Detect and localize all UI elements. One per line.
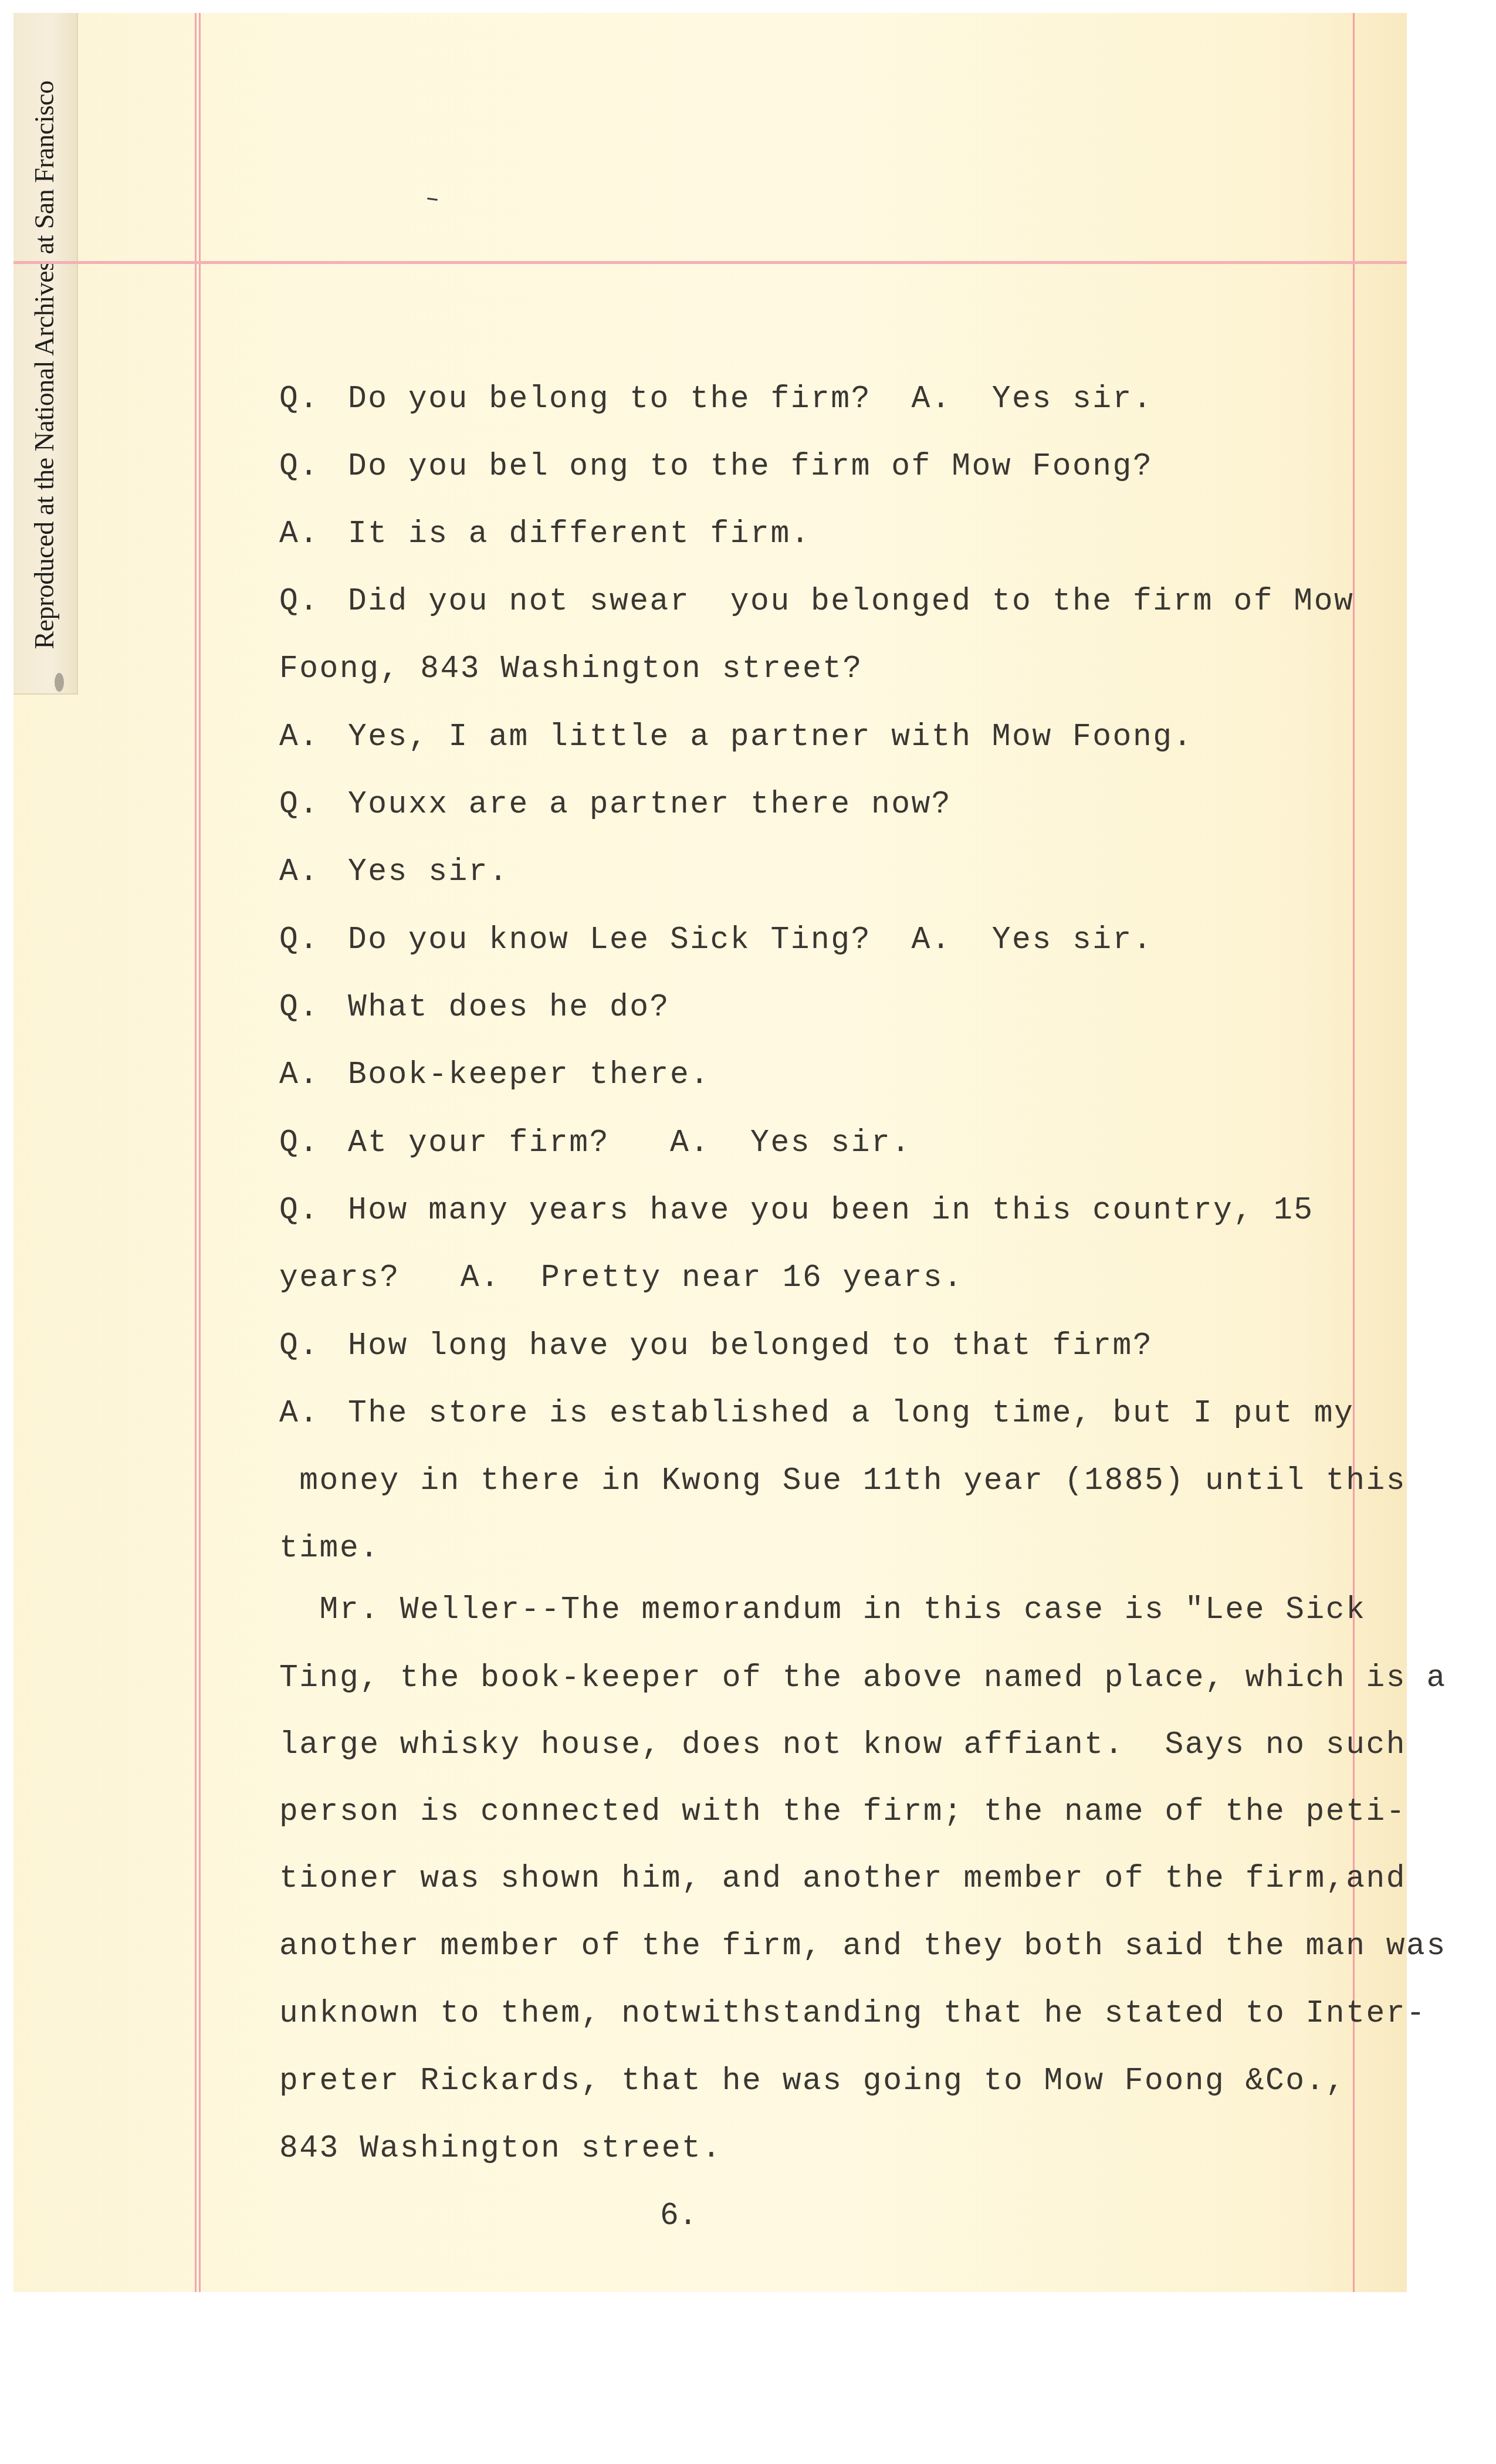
transcript-line: A.Book-keeper there. xyxy=(279,1057,710,1092)
page-number: 6. xyxy=(660,2198,698,2233)
memorandum-line: large whisky house, does not know affian… xyxy=(279,1727,1406,1762)
line-text: It is a different firm. xyxy=(348,516,811,551)
line-text: Yes sir. xyxy=(348,854,509,889)
speaker-label: Q. xyxy=(279,381,348,417)
transcript-line: Q.Youxx are a partner there now? xyxy=(279,787,952,822)
transcript-line: A.The store is established a long time, … xyxy=(279,1396,1354,1431)
line-text: Foong, 843 Washington street? xyxy=(279,651,863,686)
line-text: Do you bel ong to the firm of Mow Foong? xyxy=(348,449,1153,484)
line-text: At your firm? A. Yes sir. xyxy=(348,1125,912,1160)
transcript-body: Q.Do you belong to the firm? A. Yes sir.… xyxy=(13,13,1407,2292)
speaker-label: A. xyxy=(279,719,348,754)
document-page: Reproduced at the National Archives at S… xyxy=(13,13,1407,2292)
memorandum-line: Mr. Weller--The memorandum in this case … xyxy=(279,1592,1366,1627)
transcript-line: Q.Do you know Lee Sick Ting? A. Yes sir. xyxy=(279,922,1153,957)
line-text: Youxx are a partner there now? xyxy=(348,787,952,822)
line-text: money in there in Kwong Sue 11th year (1… xyxy=(279,1463,1406,1498)
memorandum-line: preter Rickards, that he was going to Mo… xyxy=(279,2063,1346,2099)
speaker-label: Q. xyxy=(279,787,348,822)
speaker-label: Q. xyxy=(279,1193,348,1228)
speaker-label: Q. xyxy=(279,1125,348,1160)
transcript-line: years? A. Pretty near 16 years. xyxy=(279,1260,963,1295)
line-text: Yes, I am little a partner with Mow Foon… xyxy=(348,719,1193,754)
speaker-label: Q. xyxy=(279,990,348,1025)
line-text: How many years have you been in this cou… xyxy=(348,1193,1314,1228)
transcript-line: money in there in Kwong Sue 11th year (1… xyxy=(279,1463,1406,1498)
speaker-label: Q. xyxy=(279,449,348,484)
memorandum-line: tioner was shown him, and another member… xyxy=(279,1861,1406,1896)
speaker-label: A. xyxy=(279,854,348,889)
line-text: years? A. Pretty near 16 years. xyxy=(279,1260,963,1295)
line-text: Did you not swear you belonged to the fi… xyxy=(348,584,1354,619)
memorandum-line: Ting, the book-keeper of the above named… xyxy=(279,1660,1447,1695)
memorandum-line: person is connected with the firm; the n… xyxy=(279,1794,1406,1829)
transcript-line: time. xyxy=(279,1531,380,1566)
speaker-label: A. xyxy=(279,516,348,551)
memorandum-line: unknown to them, notwithstanding that he… xyxy=(279,1996,1426,2031)
speaker-label: Q. xyxy=(279,584,348,619)
speaker-label: A. xyxy=(279,1057,348,1092)
speaker-label: A. xyxy=(279,1396,348,1431)
line-text: The store is established a long time, bu… xyxy=(348,1396,1354,1431)
transcript-line: Q.Did you not swear you belonged to the … xyxy=(279,584,1354,619)
transcript-line: Q.Do you belong to the firm? A. Yes sir. xyxy=(279,381,1153,417)
line-text: Do you know Lee Sick Ting? A. Yes sir. xyxy=(348,922,1153,957)
transcript-line: A.Yes sir. xyxy=(279,854,509,889)
line-text: time. xyxy=(279,1531,380,1566)
line-text: Book-keeper there. xyxy=(348,1057,710,1092)
transcript-line: Q.At your firm? A. Yes sir. xyxy=(279,1125,912,1160)
transcript-line: Q.What does he do? xyxy=(279,990,670,1025)
line-text: What does he do? xyxy=(348,990,670,1025)
speaker-label: Q. xyxy=(279,922,348,957)
memorandum-line: 843 Washington street. xyxy=(279,2131,722,2166)
transcript-line: A.It is a different firm. xyxy=(279,516,811,551)
memorandum-line: another member of the firm, and they bot… xyxy=(279,1928,1447,1964)
speaker-label: Q. xyxy=(279,1328,348,1363)
transcript-line: Q.How many years have you been in this c… xyxy=(279,1193,1314,1228)
transcript-line: Q.Do you bel ong to the firm of Mow Foon… xyxy=(279,449,1153,484)
line-text: Do you belong to the firm? A. Yes sir. xyxy=(348,381,1153,417)
transcript-line: A.Yes, I am little a partner with Mow Fo… xyxy=(279,719,1193,754)
line-text: How long have you belonged to that firm? xyxy=(348,1328,1153,1363)
transcript-line: Q.How long have you belonged to that fir… xyxy=(279,1328,1153,1363)
transcript-line: Foong, 843 Washington street? xyxy=(279,651,863,686)
